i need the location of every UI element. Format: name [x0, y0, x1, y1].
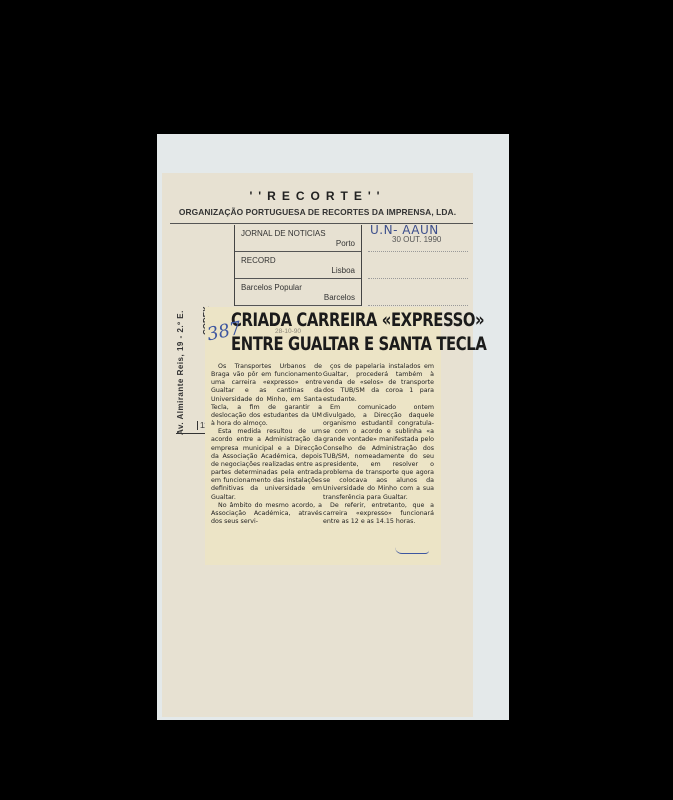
publication-city: Barcelos	[324, 293, 355, 302]
paragraph: No âmbito do mesmo acordo, a Associação …	[211, 502, 322, 526]
publication-name: RECORD	[241, 256, 276, 265]
publication-city: Porto	[336, 239, 355, 248]
paragraph: De referir, entretanto, que a carreira «…	[323, 502, 434, 526]
publication-list: JORNAL DE NOTICIAS Porto RECORD Lisboa B…	[234, 225, 362, 306]
paragraph: Em comunicado ontem divulgado, a Direcçã…	[323, 404, 434, 502]
agency-name: ''RECORTE''	[162, 189, 473, 203]
paragraph: Esta medida resultou de um acordo entre …	[211, 428, 322, 501]
publication-city: Lisboa	[331, 266, 355, 275]
publication-row: Barcelos Popular Barcelos	[235, 279, 361, 306]
paragraph: Os Transportes Urbanos de Braga vão pôr …	[211, 363, 322, 428]
publication-name: Barcelos Popular	[241, 283, 302, 292]
agency-subtitle: ORGANIZAÇÃO PORTUGUESA DE RECORTES DA IM…	[162, 207, 473, 217]
date-stamp: 30 OUT. 1990	[392, 235, 441, 244]
newspaper-clipping: CRIADA CARREIRA «EXPRESSO» 28-10-90 ENTR…	[205, 307, 441, 565]
paragraph: ços de papelaria instalados em Gualtar, …	[323, 363, 434, 404]
headline-line-1: CRIADA CARREIRA «EXPRESSO»	[231, 309, 415, 331]
agency-address: Av. Almirante Reis, 19 - 2.º E.	[176, 310, 185, 435]
headline-line-2: ENTRE GUALTAR E SANTA TECLA	[231, 333, 415, 355]
publication-row: JORNAL DE NOTICIAS Porto	[235, 225, 361, 252]
publication-row: RECORD Lisboa	[235, 252, 361, 279]
signature-mark	[395, 547, 429, 554]
article-column-1: Os Transportes Urbanos de Braga vão pôr …	[211, 363, 322, 526]
publication-name: JORNAL DE NOTICIAS	[241, 229, 326, 238]
article-column-2: ços de papelaria instalados em Gualtar, …	[323, 363, 434, 526]
